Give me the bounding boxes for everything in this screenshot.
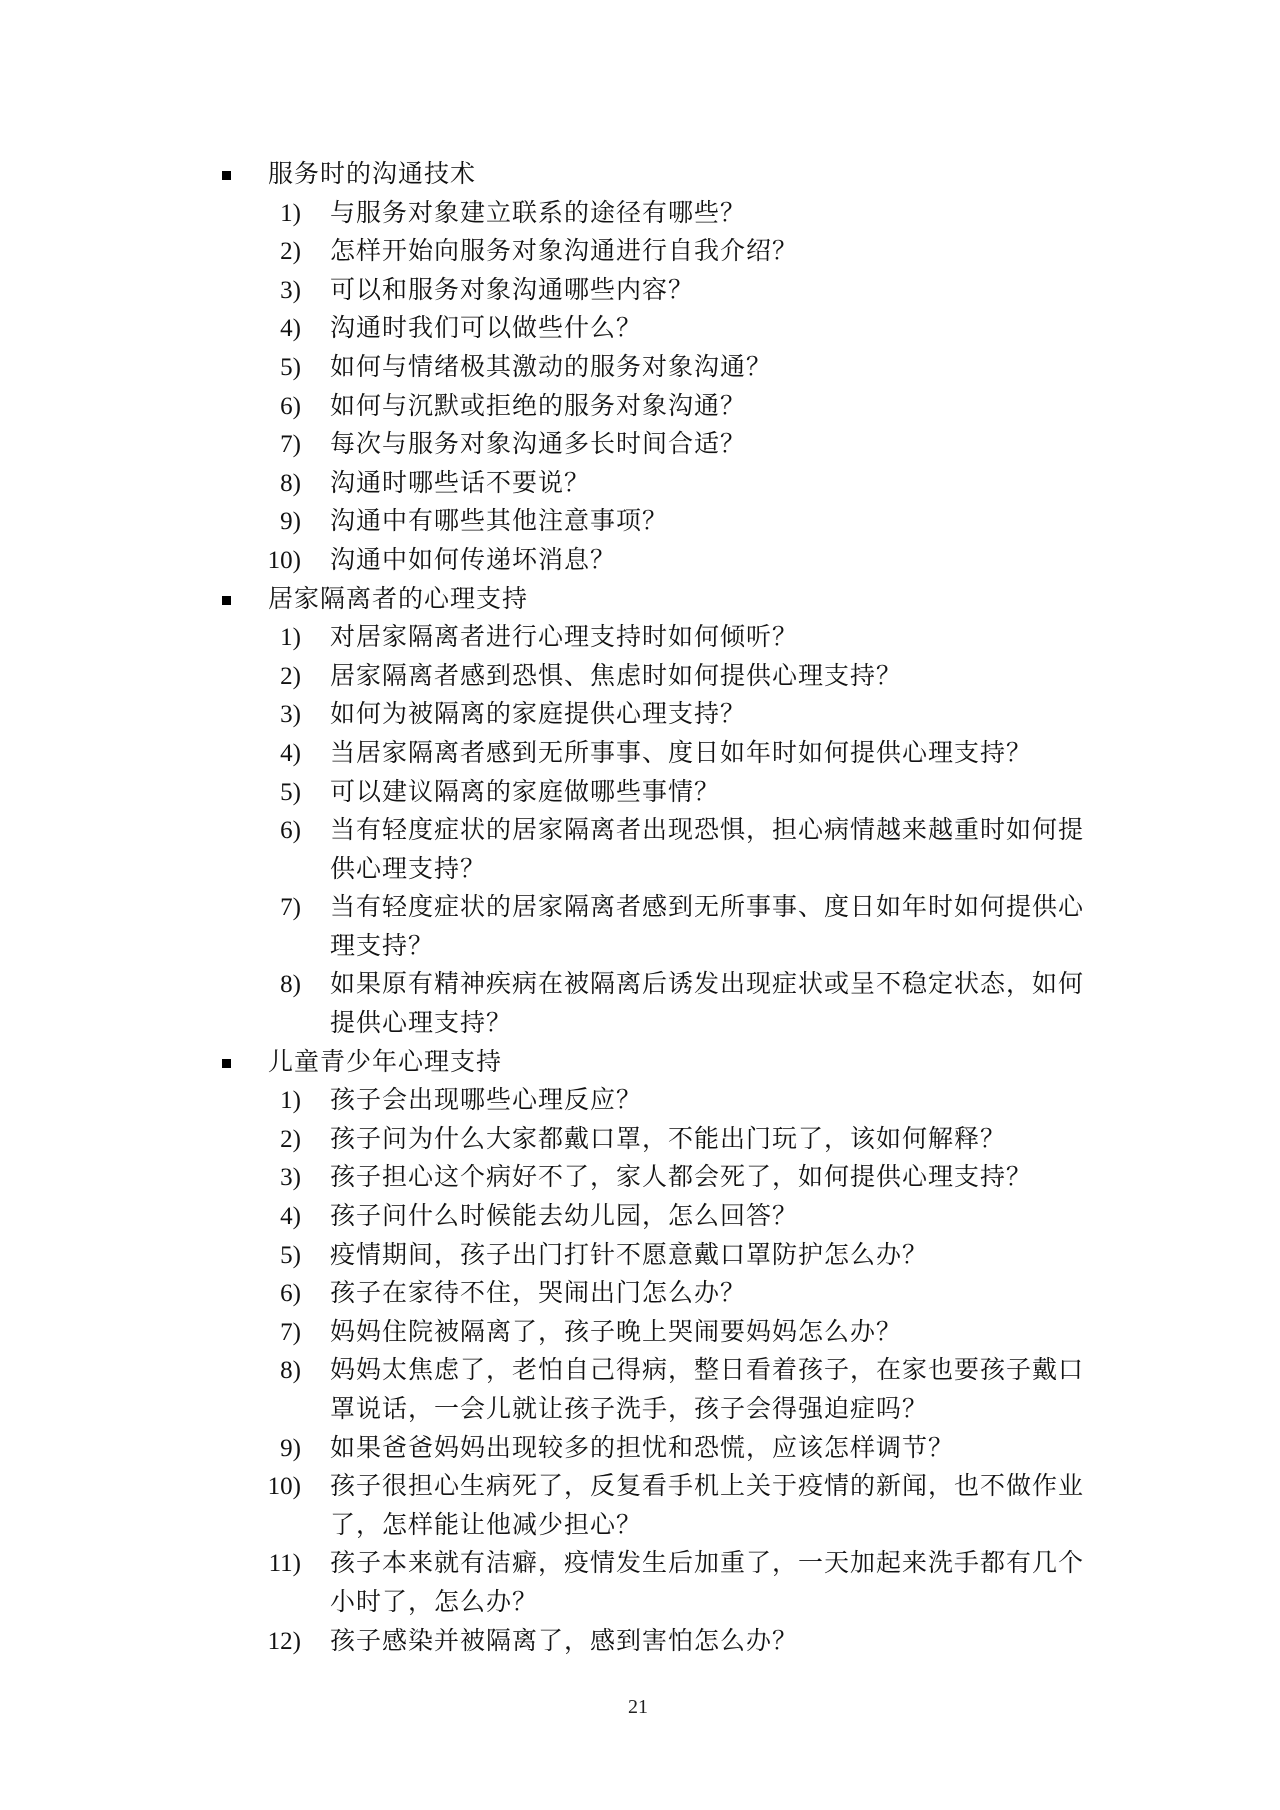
item-number: 11)	[220, 1545, 301, 1584]
item-number: 4)	[220, 735, 301, 774]
item-text: 沟通中如何传递坏消息？	[330, 547, 616, 574]
item-number: 8)	[220, 1352, 301, 1391]
item-text: 每次与服务对象沟通多长时间合适？	[330, 431, 746, 458]
question-item: 10)沟通中如何传递坏消息？	[0, 542, 1094, 581]
item-number: 3)	[220, 1159, 301, 1198]
question-item: 4)孩子问什么时候能去幼儿园，怎么回答？	[0, 1198, 1094, 1237]
item-number: 1)	[220, 619, 301, 658]
section-heading: 服务时的沟通技术	[0, 156, 1280, 195]
bullet-square-icon	[222, 171, 231, 180]
question-item: 1)与服务对象建立联系的途径有哪些？	[0, 195, 1094, 234]
question-item: 11)孩子本来就有洁癖，疫情发生后加重了，一天加起来洗手都有几个小时了，怎么办？	[0, 1545, 1094, 1622]
question-item: 3)如何为被隔离的家庭提供心理支持？	[0, 696, 1094, 735]
document-body: 服务时的沟通技术1)与服务对象建立联系的途径有哪些？2)怎样开始向服务对象沟通进…	[0, 156, 1280, 1661]
item-number: 4)	[220, 310, 301, 349]
item-text: 孩子本来就有洁癖，疫情发生后加重了，一天加起来洗手都有几个小时了，怎么办？	[330, 1550, 1084, 1616]
item-text: 怎样开始向服务对象沟通进行自我介绍？	[330, 238, 798, 265]
item-number: 2)	[220, 233, 301, 272]
question-item: 7)当有轻度症状的居家隔离者感到无所事事、度日如年时如何提供心理支持？	[0, 889, 1094, 966]
item-text: 如何与情绪极其激动的服务对象沟通？	[330, 354, 772, 381]
question-item: 2)怎样开始向服务对象沟通进行自我介绍？	[0, 233, 1094, 272]
item-text: 当居家隔离者感到无所事事、度日如年时如何提供心理支持？	[330, 740, 1032, 767]
question-item: 8)如果原有精神疾病在被隔离后诱发出现症状或呈不稳定状态，如何提供心理支持？	[0, 966, 1094, 1043]
item-number: 9)	[220, 1430, 301, 1469]
item-number: 1)	[220, 195, 301, 234]
question-item: 2)孩子问为什么大家都戴口罩，不能出门玩了，该如何解释？	[0, 1121, 1094, 1160]
question-item: 1)对居家隔离者进行心理支持时如何倾听？	[0, 619, 1094, 658]
section-title: 儿童青少年心理支持	[268, 1049, 502, 1076]
section-title: 服务时的沟通技术	[268, 161, 476, 188]
item-number: 3)	[220, 696, 301, 735]
item-text: 可以建议隔离的家庭做哪些事情？	[330, 779, 720, 806]
item-number: 9)	[220, 503, 301, 542]
item-text: 孩子在家待不住，哭闹出门怎么办？	[330, 1280, 746, 1307]
item-number: 4)	[220, 1198, 301, 1237]
bullet-square-icon	[222, 1059, 231, 1068]
question-item: 6)当有轻度症状的居家隔离者出现恐惧，担心病情越来越重时如何提供心理支持？	[0, 812, 1094, 889]
question-item: 6)如何与沉默或拒绝的服务对象沟通？	[0, 388, 1094, 427]
question-item: 8)沟通时哪些话不要说？	[0, 465, 1094, 504]
section-heading: 居家隔离者的心理支持	[0, 581, 1280, 620]
item-text: 当有轻度症状的居家隔离者出现恐惧，担心病情越来越重时如何提供心理支持？	[330, 817, 1084, 883]
question-item: 5)如何与情绪极其激动的服务对象沟通？	[0, 349, 1094, 388]
item-text: 孩子担心这个病好不了，家人都会死了，如何提供心理支持？	[330, 1164, 1032, 1191]
item-number: 7)	[220, 1314, 301, 1353]
item-text: 孩子感染并被隔离了，感到害怕怎么办？	[330, 1628, 798, 1655]
item-number: 6)	[220, 388, 301, 427]
question-item: 12)孩子感染并被隔离了，感到害怕怎么办？	[0, 1623, 1094, 1662]
item-text: 对居家隔离者进行心理支持时如何倾听？	[330, 624, 798, 651]
item-text: 疫情期间，孩子出门打针不愿意戴口罩防护怎么办？	[330, 1242, 928, 1269]
item-number: 8)	[220, 966, 301, 1005]
item-number: 12)	[220, 1623, 301, 1662]
item-number: 6)	[220, 812, 301, 851]
item-text: 孩子很担心生病死了，反复看手机上关于疫情的新闻，也不做作业了，怎样能让他减少担心…	[330, 1473, 1084, 1539]
question-item: 2)居家隔离者感到恐惧、焦虑时如何提供心理支持？	[0, 658, 1094, 697]
document-page: 服务时的沟通技术1)与服务对象建立联系的途径有哪些？2)怎样开始向服务对象沟通进…	[0, 0, 1280, 1810]
item-text: 当有轻度症状的居家隔离者感到无所事事、度日如年时如何提供心理支持？	[330, 894, 1084, 960]
item-number: 5)	[220, 774, 301, 813]
item-number: 8)	[220, 465, 301, 504]
item-number: 10)	[220, 542, 301, 581]
item-text: 如果爸爸妈妈出现较多的担忧和恐慌，应该怎样调节？	[330, 1435, 954, 1462]
item-number: 5)	[220, 1237, 301, 1276]
item-text: 孩子问什么时候能去幼儿园，怎么回答？	[330, 1203, 798, 1230]
item-text: 孩子问为什么大家都戴口罩，不能出门玩了，该如何解释？	[330, 1126, 1006, 1153]
section-heading: 儿童青少年心理支持	[0, 1044, 1280, 1083]
question-item: 7)每次与服务对象沟通多长时间合适？	[0, 426, 1094, 465]
question-item: 5)可以建议隔离的家庭做哪些事情？	[0, 774, 1094, 813]
question-item: 3)可以和服务对象沟通哪些内容？	[0, 272, 1094, 311]
question-item: 9)如果爸爸妈妈出现较多的担忧和恐慌，应该怎样调节？	[0, 1430, 1094, 1469]
question-item: 4)沟通时我们可以做些什么？	[0, 310, 1094, 349]
question-section: 儿童青少年心理支持1)孩子会出现哪些心理反应？2)孩子问为什么大家都戴口罩，不能…	[0, 1044, 1280, 1662]
item-text: 居家隔离者感到恐惧、焦虑时如何提供心理支持？	[330, 663, 902, 690]
item-text: 可以和服务对象沟通哪些内容？	[330, 277, 694, 304]
item-text: 孩子会出现哪些心理反应？	[330, 1087, 642, 1114]
item-text: 妈妈太焦虑了，老怕自己得病，整日看着孩子，在家也要孩子戴口罩说话，一会儿就让孩子…	[330, 1357, 1084, 1423]
item-text: 妈妈住院被隔离了，孩子晚上哭闹要妈妈怎么办？	[330, 1319, 902, 1346]
item-number: 7)	[220, 426, 301, 465]
item-text: 与服务对象建立联系的途径有哪些？	[330, 200, 746, 227]
item-number: 6)	[220, 1275, 301, 1314]
question-item: 7)妈妈住院被隔离了，孩子晚上哭闹要妈妈怎么办？	[0, 1314, 1094, 1353]
question-section: 服务时的沟通技术1)与服务对象建立联系的途径有哪些？2)怎样开始向服务对象沟通进…	[0, 156, 1280, 581]
page-number: 21	[0, 1695, 1276, 1719]
question-item: 5)疫情期间，孩子出门打针不愿意戴口罩防护怎么办？	[0, 1237, 1094, 1276]
item-number: 10)	[220, 1468, 301, 1507]
bullet-square-icon	[222, 596, 231, 605]
item-number: 2)	[220, 1121, 301, 1160]
question-item: 6)孩子在家待不住，哭闹出门怎么办？	[0, 1275, 1094, 1314]
item-number: 5)	[220, 349, 301, 388]
section-title: 居家隔离者的心理支持	[268, 586, 528, 613]
item-text: 如何为被隔离的家庭提供心理支持？	[330, 701, 746, 728]
item-text: 沟通中有哪些其他注意事项？	[330, 508, 668, 535]
item-text: 沟通时哪些话不要说？	[330, 470, 590, 497]
item-text: 沟通时我们可以做些什么？	[330, 315, 642, 342]
item-number: 3)	[220, 272, 301, 311]
item-number: 7)	[220, 889, 301, 928]
question-section: 居家隔离者的心理支持1)对居家隔离者进行心理支持时如何倾听？2)居家隔离者感到恐…	[0, 581, 1280, 1044]
question-item: 4)当居家隔离者感到无所事事、度日如年时如何提供心理支持？	[0, 735, 1094, 774]
question-item: 3)孩子担心这个病好不了，家人都会死了，如何提供心理支持？	[0, 1159, 1094, 1198]
item-text: 如何与沉默或拒绝的服务对象沟通？	[330, 393, 746, 420]
question-item: 9)沟通中有哪些其他注意事项？	[0, 503, 1094, 542]
item-text: 如果原有精神疾病在被隔离后诱发出现症状或呈不稳定状态，如何提供心理支持？	[330, 971, 1084, 1037]
question-item: 1)孩子会出现哪些心理反应？	[0, 1082, 1094, 1121]
question-item: 8)妈妈太焦虑了，老怕自己得病，整日看着孩子，在家也要孩子戴口罩说话，一会儿就让…	[0, 1352, 1094, 1429]
item-number: 1)	[220, 1082, 301, 1121]
item-number: 2)	[220, 658, 301, 697]
question-item: 10)孩子很担心生病死了，反复看手机上关于疫情的新闻，也不做作业了，怎样能让他减…	[0, 1468, 1094, 1545]
